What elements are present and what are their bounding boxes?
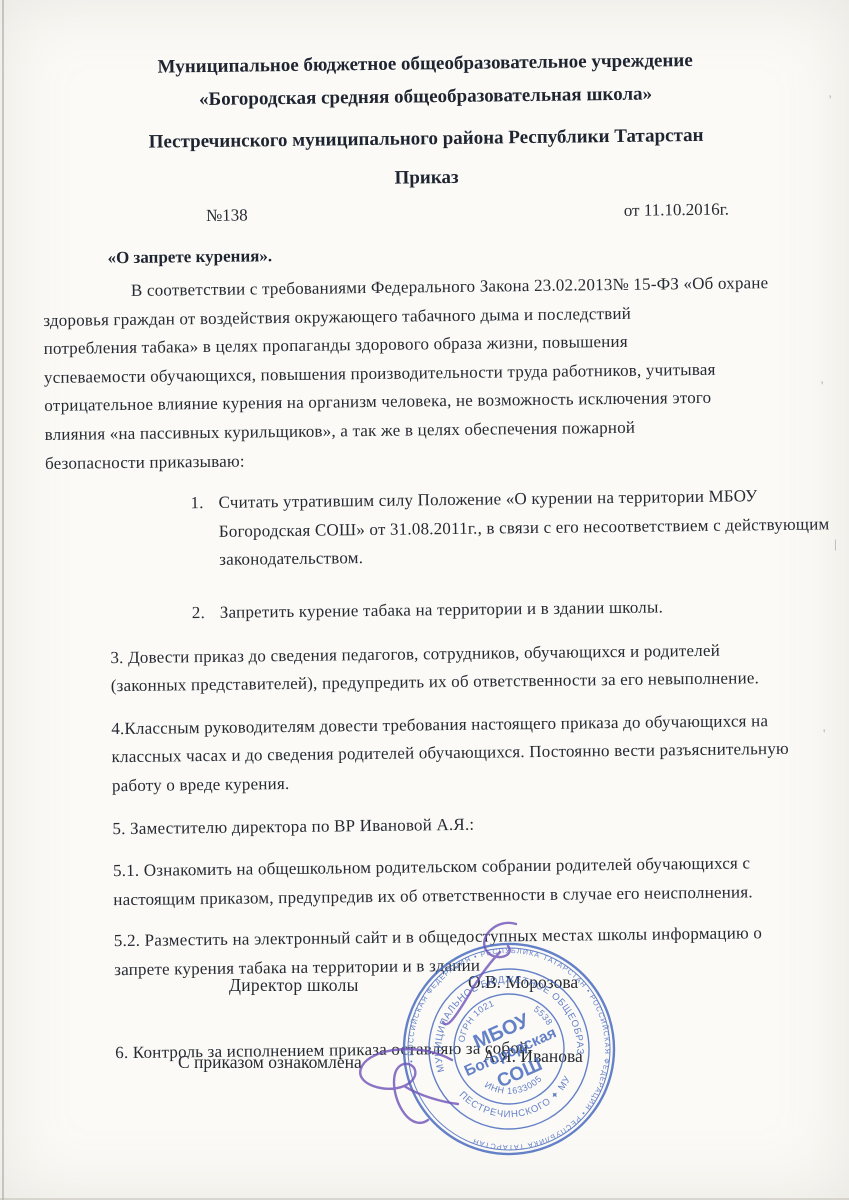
ordered-list: 1. Считать утратившим силу Положение «О … — [45, 482, 817, 630]
scan-artifact: ' — [823, 726, 825, 742]
list-item-2-number: 2. — [192, 599, 220, 628]
order-subject: «О запрете курения». — [107, 240, 812, 269]
paragraph-item-3: 3. Довести приказ до сведения педагогов,… — [110, 635, 818, 701]
signature-role-director: Директор школы — [229, 975, 359, 996]
document-header: Муниципальное бюджетное общеобразователь… — [40, 43, 812, 199]
scan-artifact: ' — [821, 378, 823, 394]
paragraph-item-4: 4.Классным руководителям довести требова… — [111, 706, 819, 800]
paragraph-item-5: 5. Заместителю директора по ВР Ивановой … — [112, 806, 819, 843]
scanned-order-page: Муниципальное бюджетное общеобразователь… — [0, 0, 849, 1200]
document-content: Муниципальное бюджетное общеобразователь… — [40, 43, 822, 1069]
order-number-row: №138 от 11.10.2016г. — [42, 199, 812, 228]
paragraph-item-5-1: 5.1. Ознакомить на общешкольном родитель… — [113, 849, 821, 915]
order-number: №138 — [206, 205, 248, 226]
list-item-1-line: законодательством. — [219, 539, 830, 575]
scan-edge-left — [2, 0, 4, 1200]
order-date: от 11.10.2016г. — [624, 200, 729, 221]
scan-artifact: ' — [829, 92, 831, 108]
stamp-graphic: • РОССИЙСКАЯ ФЕДЕРАЦИЯ • РЕСПУБЛИКА ТАТА… — [381, 921, 636, 1176]
org-name-line3: Пестречинского муниципального района Рес… — [41, 118, 811, 160]
signature-role-acknowledged: С приказом ознакомлена — [178, 1052, 362, 1073]
document-type-title: Приказ — [41, 157, 811, 199]
list-item-2-text: Запретить курение табака на территории и… — [220, 593, 664, 627]
official-stamp: • РОССИЙСКАЯ ФЕДЕРАЦИЯ • РЕСПУБЛИКА ТАТА… — [381, 921, 636, 1176]
scan-artifact: | — [834, 536, 837, 552]
preamble-paragraph: В соответствии с требованиями Федерально… — [43, 269, 815, 479]
list-item-1: 1. Считать утратившим силу Положение «О … — [45, 482, 816, 577]
list-item-1-number: 1. — [190, 489, 219, 575]
list-item-2: 2. Запретить курение табака на территори… — [47, 591, 817, 629]
list-item-1-text: Считать утратившим силу Положение «О кур… — [218, 482, 830, 575]
